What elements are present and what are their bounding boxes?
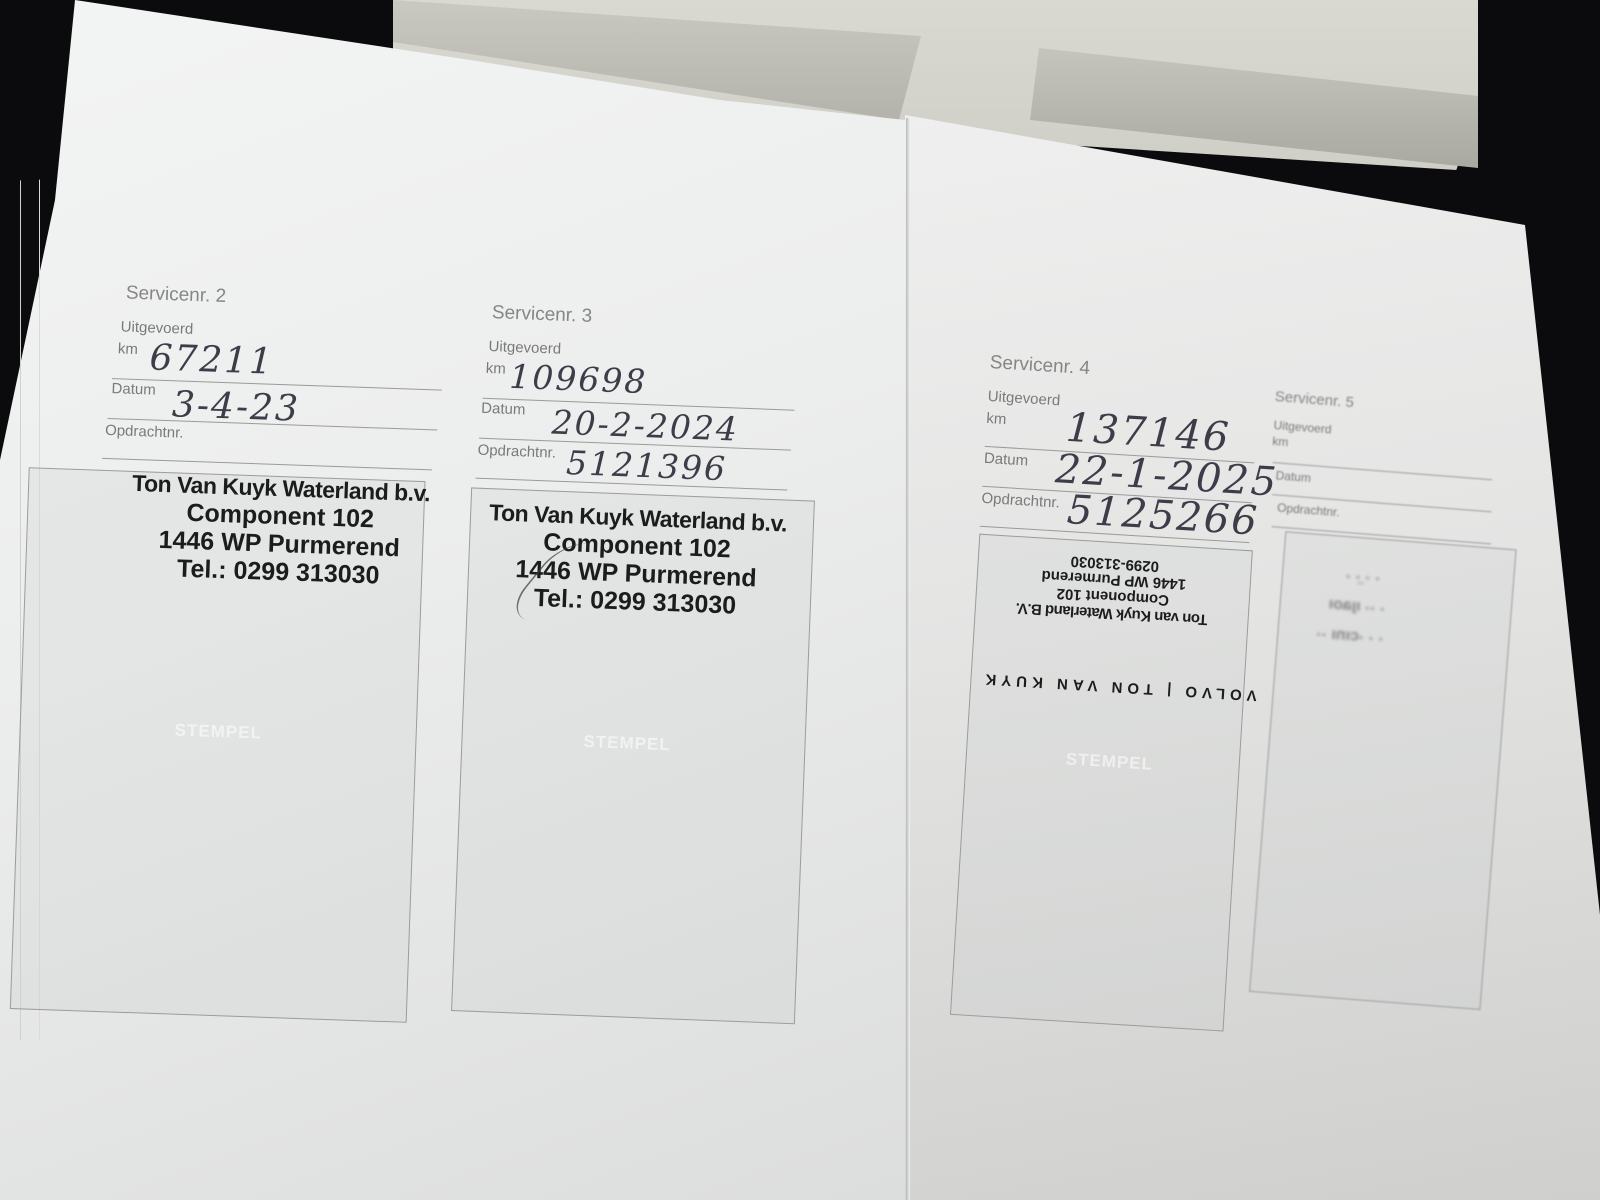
stamp-placeholder: STEMPEL [583,732,671,755]
dealer-stamp: Ton Van Kuyk Waterland b.v. Component 10… [108,470,452,592]
performed-label: Uitgevoerd [120,318,193,338]
date-label: Datum [983,450,1028,470]
service-title: Servicenr. 2 [126,283,227,308]
km-value: 67211 [149,337,275,382]
ink-transfer: · ·̈ · · [1345,566,1381,587]
km-label: km [485,360,506,378]
date-label: Datum [1275,468,1311,485]
order-label: Opdrachtnr. [105,422,184,442]
performed-label: Uitgevoerd [488,338,561,358]
date-label: Datum [111,380,156,399]
stamp-placeholder: STEMPEL [174,721,262,744]
km-value: 109698 [509,357,648,401]
booklet-spine [906,118,910,1200]
km-label: km [1272,434,1289,449]
km-label: km [118,340,139,358]
service-title: Servicenr. 3 [491,302,592,328]
order-label: Opdrachtnr. [477,442,556,462]
km-label: km [986,410,1007,428]
date-label: Datum [481,400,526,419]
